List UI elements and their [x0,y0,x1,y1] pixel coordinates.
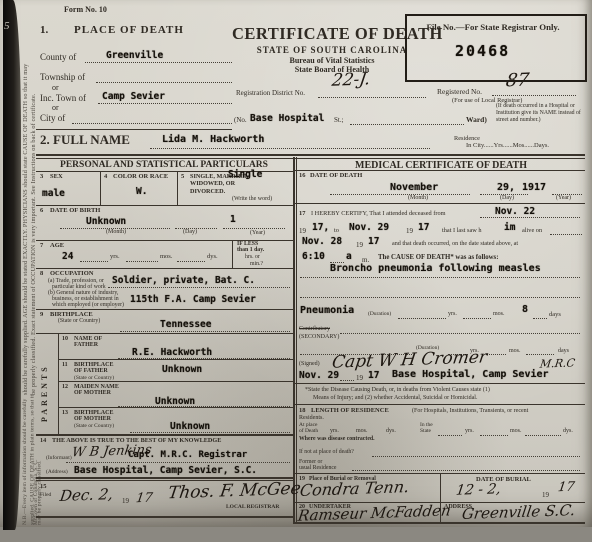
street-value: Base Hospital [250,113,324,124]
in-state-mos: mos. [510,428,522,434]
occupation-b-value: 115th F.A. Camp Sevier [130,294,256,305]
registered-no-leader [492,94,576,96]
where-contracted-text: Where was disease contracted. [299,436,375,442]
cause-leader-1 [300,276,580,278]
binding-strip [3,0,21,530]
certificate-title: CERTIFICATE OF DEATH [232,24,432,44]
burial-date-value: 12 - 2, [455,481,502,499]
mother-name-number: 12 [62,384,68,390]
occupation-b-label-3: which employed (or employer) [52,302,124,308]
duration-leader-2 [463,317,491,319]
certify-pre19-a: 19 [299,227,306,235]
in-state-yrs: yrs. [465,428,474,434]
signed-place-value: Base Hospital, Camp Sevier [392,369,549,380]
left-rule-7 [58,359,293,360]
local-registrar-caption: LOCAL REGISTRAR [226,504,279,510]
in-state-leader-2 [480,434,508,436]
color-marital-divider [177,171,178,205]
birthplace-value: Tennessee [160,319,211,330]
informant-typed: Capt. M.R.C. Registrar [128,450,247,460]
informant-address-value: Base Hospital, Camp Sevier, S.C. [74,465,257,476]
dod-number: 16 [299,172,306,179]
age-mos-caption: mos. [160,253,172,260]
certify-to-word: to [334,227,339,234]
age-leader-2 [126,260,158,262]
age-subcell-divider [232,240,233,268]
duration-leader-3 [533,317,547,319]
residence18-number: 18 [299,407,306,414]
bureau-line: Bureau of Vital Statistics [232,56,432,65]
certify-alive-text: alive on [522,227,542,234]
file-box-title: File No.—For State Registrar Only. [407,22,579,32]
burial-date-year: 17 [557,480,576,496]
left-bottom-rule [36,516,293,518]
certify-saw-text: that I last saw h [442,227,482,234]
left-rule-4 [36,268,293,269]
duration-days-value: 8 [522,304,528,315]
burial-cell-divider [440,473,441,502]
hospital-note: (If death occurred in a Hospital or Inst… [496,103,586,124]
certify-him-value: im [504,222,515,233]
former-residence-line2: usual Residence [299,465,337,471]
age-label: AGE [50,242,64,249]
column-divider-1 [293,157,295,522]
cause-of-death-value: Broncho pneumonia following measles [330,263,541,274]
father-name-label-2: FATHER [74,342,98,348]
address-caption: (Address) [46,469,68,475]
county-leader [85,61,232,63]
full-name-label: 2. FULL NAME [40,132,130,148]
signed-date-leader [340,379,354,381]
at-place-line2: of Death [299,428,318,434]
filed-label: Filed [40,492,51,498]
left-rule-6 [36,333,293,334]
signed-caption: (Signed) [299,361,320,367]
at-place-dys: dys. [386,428,396,434]
dod-month-value: November [390,182,438,193]
occupation-number: 8 [40,270,43,277]
certify-number: 17 [299,210,306,217]
father-bp-number: 11 [62,362,68,368]
section-divider-heavy [36,154,585,156]
certify-occurred-text: and that death occurred, on the date sta… [392,241,518,247]
duration2-days-caption: days [558,348,569,354]
inc-town-leader [98,102,232,104]
duration-caption: (Duration) [368,311,391,317]
dod-label: DATE OF DEATH [310,172,362,179]
sex-number: 3 [40,173,43,180]
signed-date-value: Nov. 29 [299,370,339,381]
township-label: Township of [40,72,85,82]
right-rule-5 [293,473,585,474]
ward-label: Ward) [466,115,487,124]
at-place-yrs: yrs. [330,428,339,434]
duration2-leader-3 [486,353,506,355]
certify-pre19-c: 19 [356,241,363,249]
county-value: Greenville [106,50,163,61]
occupation-a-value: Soldier, private, Bat. C. [112,275,255,286]
certify-year-a: 17, [312,222,329,233]
residence18-paren2: Residents. [299,415,324,421]
dod-day-value: 29, [497,182,515,193]
duration-mos-caption: mos. [493,311,505,317]
registration-district-leader [318,96,426,98]
age-less-line2: than 1 day. [237,247,264,253]
residence18-label: LENGTH OF RESIDENCE [311,407,389,414]
registered-no-label: Registered No. [437,87,482,96]
filed-pre-year: 19 [122,497,129,505]
left-rule-5 [36,309,293,310]
left-rule-11 [36,477,293,479]
dob-month-caption: (Month) [106,229,126,235]
age-leader-3 [177,260,205,262]
item1-number: 1. [40,24,48,36]
residence-label: Residence [454,135,480,142]
cause-intro-text: The CAUSE OF DEATH* was as follows: [378,254,498,261]
marital-number: 5 [181,173,184,180]
signed-pre19: 19 [356,374,363,382]
signed-year-value: 17 [368,370,379,381]
place-of-death-heading: PLACE OF DEATH [74,24,184,36]
registration-district-value: 22-J. [331,69,372,90]
street-open-label: (No. [234,116,247,124]
dod-year-caption: (Year) [556,195,571,201]
footnote-line2: Means of Injury; and (2) whether Acciden… [313,395,477,401]
burial-place-value: Condra Tenn. [299,477,411,500]
death-certificate-scan: 5 should be carefully supplied. AGE shou… [0,0,592,542]
mother-bp-number: 13 [62,410,68,416]
sex-value: male [42,188,65,199]
certify-year-b: 17 [418,222,429,233]
age-yrs-caption: yrs. [110,253,120,260]
registration-district-label: Registration District No. [236,89,305,97]
certify-last-value: Nov. 28 [302,236,342,247]
margin-note-lower: N.B.—Every item of information should be… [22,385,33,525]
former-residence-leader [352,469,580,471]
sex-label: SEX [50,173,63,180]
inc-town-value: Camp Sevier [102,91,165,102]
column-divider-2 [296,157,297,522]
duration2-mos-caption: mos. [509,348,521,354]
dob-year-value: 1 [230,214,236,225]
in-state-dys: dys. [563,428,573,434]
father-name-number: 10 [62,336,68,342]
township-leader [96,81,232,83]
dod-month-leader [330,193,470,195]
file-number-box: File No.—For State Registrar Only. 20468 [405,14,587,82]
duration2-leader-4 [526,353,554,355]
age-value: 24 [62,251,73,262]
left-rule-9 [58,407,293,408]
right-bottom-rule [293,522,585,524]
dob-year-caption: (Year) [250,230,265,236]
right-rule-2 [293,203,585,204]
section-divider-thin [36,158,585,159]
city-label: City of [40,113,65,123]
mother-bp-note: (State or Country) [74,423,114,429]
if-not-text: If not at place of death? [299,449,354,455]
residence18-paren: (For Hospitals, Institutions, Transients… [412,408,528,414]
rule-under-city [36,129,232,130]
color-label: COLOR OR RACE [113,173,168,180]
marital-value: Single [228,169,262,180]
filed-number: 15 [40,483,47,490]
filed-year-script: 17 [135,491,154,507]
secondary-caption: (SECONDARY) [299,334,339,340]
form-number: Form No. 10 [64,5,107,14]
or-word-2: or [52,103,59,112]
age-number: 7 [40,242,43,249]
dob-number: 6 [40,207,43,214]
mother-name-label-2: OF MOTHER [74,390,111,396]
dob-label: DATE OF BIRTH [50,207,100,214]
dob-value: Unknown [86,216,126,227]
pneumonia-value: Pneumonia [300,305,354,316]
age-less-line3: hrs. or [245,254,260,260]
color-value: W. [136,186,147,197]
right-rule-3 [293,383,585,384]
occupation-label: OCCUPATION [50,270,93,277]
certify-line1: I HEREBY CERTIFY, That I attended deceas… [311,210,446,217]
filed-date-script: Dec. 2, [59,485,115,505]
full-name-value: Lida M. Hackworth [162,134,264,145]
right-rule-4 [293,404,585,405]
informant-leader [66,461,290,463]
dob-year-leader [223,227,285,229]
birthplace-number: 9 [40,311,43,318]
certify-year-c: 17 [368,236,379,247]
page-mark: 5 [4,20,10,32]
certify-to-value: Nov. 29 [349,222,389,233]
sex-color-divider [100,171,101,205]
left-rule-2 [36,205,293,206]
footnote-line1: *State the Disease Causing Death, or, in… [305,387,490,393]
mother-bp-label-2: OF MOTHER [74,416,111,422]
certify-pre19-b: 19 [406,227,413,235]
certify-from-leader [480,216,580,218]
truth-number: 14 [40,437,46,444]
file-number-value: 20468 [455,42,510,60]
in-state-leader-1 [438,434,462,436]
father-bp-value: Unknown [162,364,202,375]
dod-month-caption: (Month) [408,195,428,201]
in-state-leader-3 [525,434,561,436]
left-rule-8 [58,381,293,382]
at-place-mos: mos. [356,428,368,434]
cause-leader-2 [300,296,580,298]
contributory-caption: Contributory [299,326,330,332]
county-label: County of [40,52,76,62]
age-dys-caption: dys. [207,253,218,260]
residence-line: In City......Yrs......Mos......Days. [466,142,549,149]
if-not-leader [372,455,580,457]
left-rule-10 [36,434,293,436]
duration-leader-1 [398,317,446,319]
certify-am-value: a [346,251,352,262]
father-bp-label-2: OF FATHER [74,368,108,374]
birthplace-label: BIRTHPLACE [50,311,93,318]
state-line: STATE OF SOUTH CAROLINA [232,45,432,55]
duration-days-caption: days [549,311,561,318]
birthplace-note: (State or Country) [58,318,100,324]
or-word-1: or [52,83,59,92]
occupation-a-leader [108,286,290,288]
parents-divider [58,333,59,434]
birthplace-leader [120,330,290,332]
marital-note: (Write the word) [232,196,272,202]
margin-note-upper: should be carefully supplied. AGE should… [22,60,39,395]
mother-bp-leader [130,431,290,433]
burial-pre19: 19 [542,491,549,499]
certify-alive-leader [550,233,582,235]
parents-label: PARENTS [40,352,49,422]
inc-town-label: Inc. Town of [40,93,86,103]
full-name-leader [150,147,430,149]
right-rule-1 [293,170,585,171]
duration-yrs-caption: yrs. [448,311,457,317]
color-number: 4 [104,173,107,180]
age-leader-1 [80,260,108,262]
dob-day-caption: (Day) [183,229,197,235]
certify-time-value: 6:10 [302,251,325,262]
age-less-line4: min.? [250,261,263,267]
dod-day-caption: (Day) [500,195,514,201]
street-st-label: St.; [334,116,344,124]
city-leader [72,122,232,124]
dod-year-value: 1917 [522,182,546,193]
street-leader [350,123,464,125]
in-state-line2: State [420,428,431,434]
contributory-leader [340,332,580,334]
